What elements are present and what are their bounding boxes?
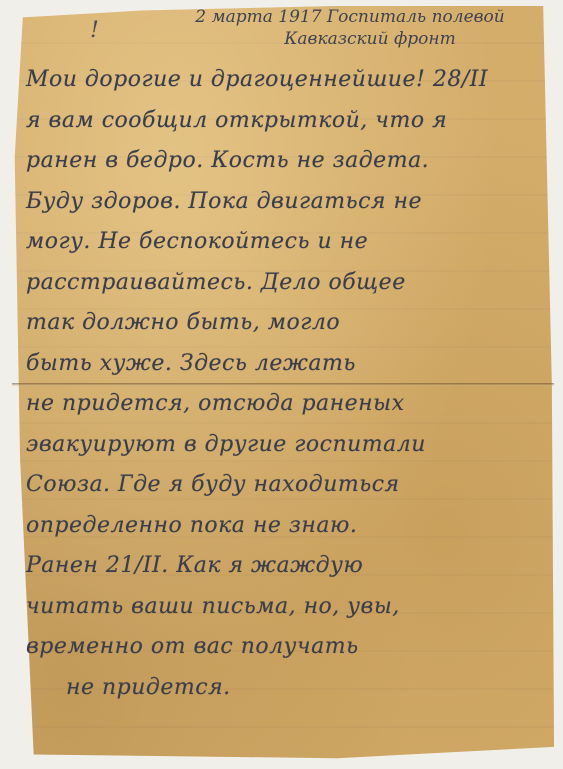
letter-line: Ранен 21/II. Как я жаждую [26, 546, 546, 587]
letter-line: эвакуируют в другие госпитали [26, 425, 546, 466]
letter-body: Мои дорогие и драгоценнейшие! 28/II я ва… [26, 60, 546, 708]
letter-line: я вам сообщил открыткой, что я [26, 101, 546, 142]
letter-line: расстраивайтесь. Дело общее [26, 263, 546, 304]
letter-line: не придется. [26, 668, 546, 709]
header-front: Кавказский фронт [150, 28, 550, 50]
letter-line: читать ваши письма, но, увы, [26, 587, 546, 628]
letter-line: временно от вас получать [26, 627, 546, 668]
letter-line: определенно пока не знаю. [26, 506, 546, 547]
margin-mark: ! [90, 18, 99, 43]
header-date-location: 2 марта 1917 Госпиталь полевой [150, 6, 550, 28]
letter-line: не придется, отсюда раненых [26, 384, 546, 425]
letter-line: Мои дорогие и драгоценнейшие! 28/II [26, 60, 546, 101]
letter-line: могу. Не беспокойтесь и не [26, 222, 546, 263]
letter-header: 2 марта 1917 Госпиталь полевой Кавказски… [150, 6, 550, 50]
letter-line: Буду здоров. Пока двигаться не [26, 182, 546, 223]
letter-line: быть хуже. Здесь лежать [26, 344, 546, 385]
letter-line: так должно быть, могло [26, 303, 546, 344]
letter-line: Союза. Где я буду находиться [26, 465, 546, 506]
letter-line: ранен в бедро. Кость не задета. [26, 141, 546, 182]
